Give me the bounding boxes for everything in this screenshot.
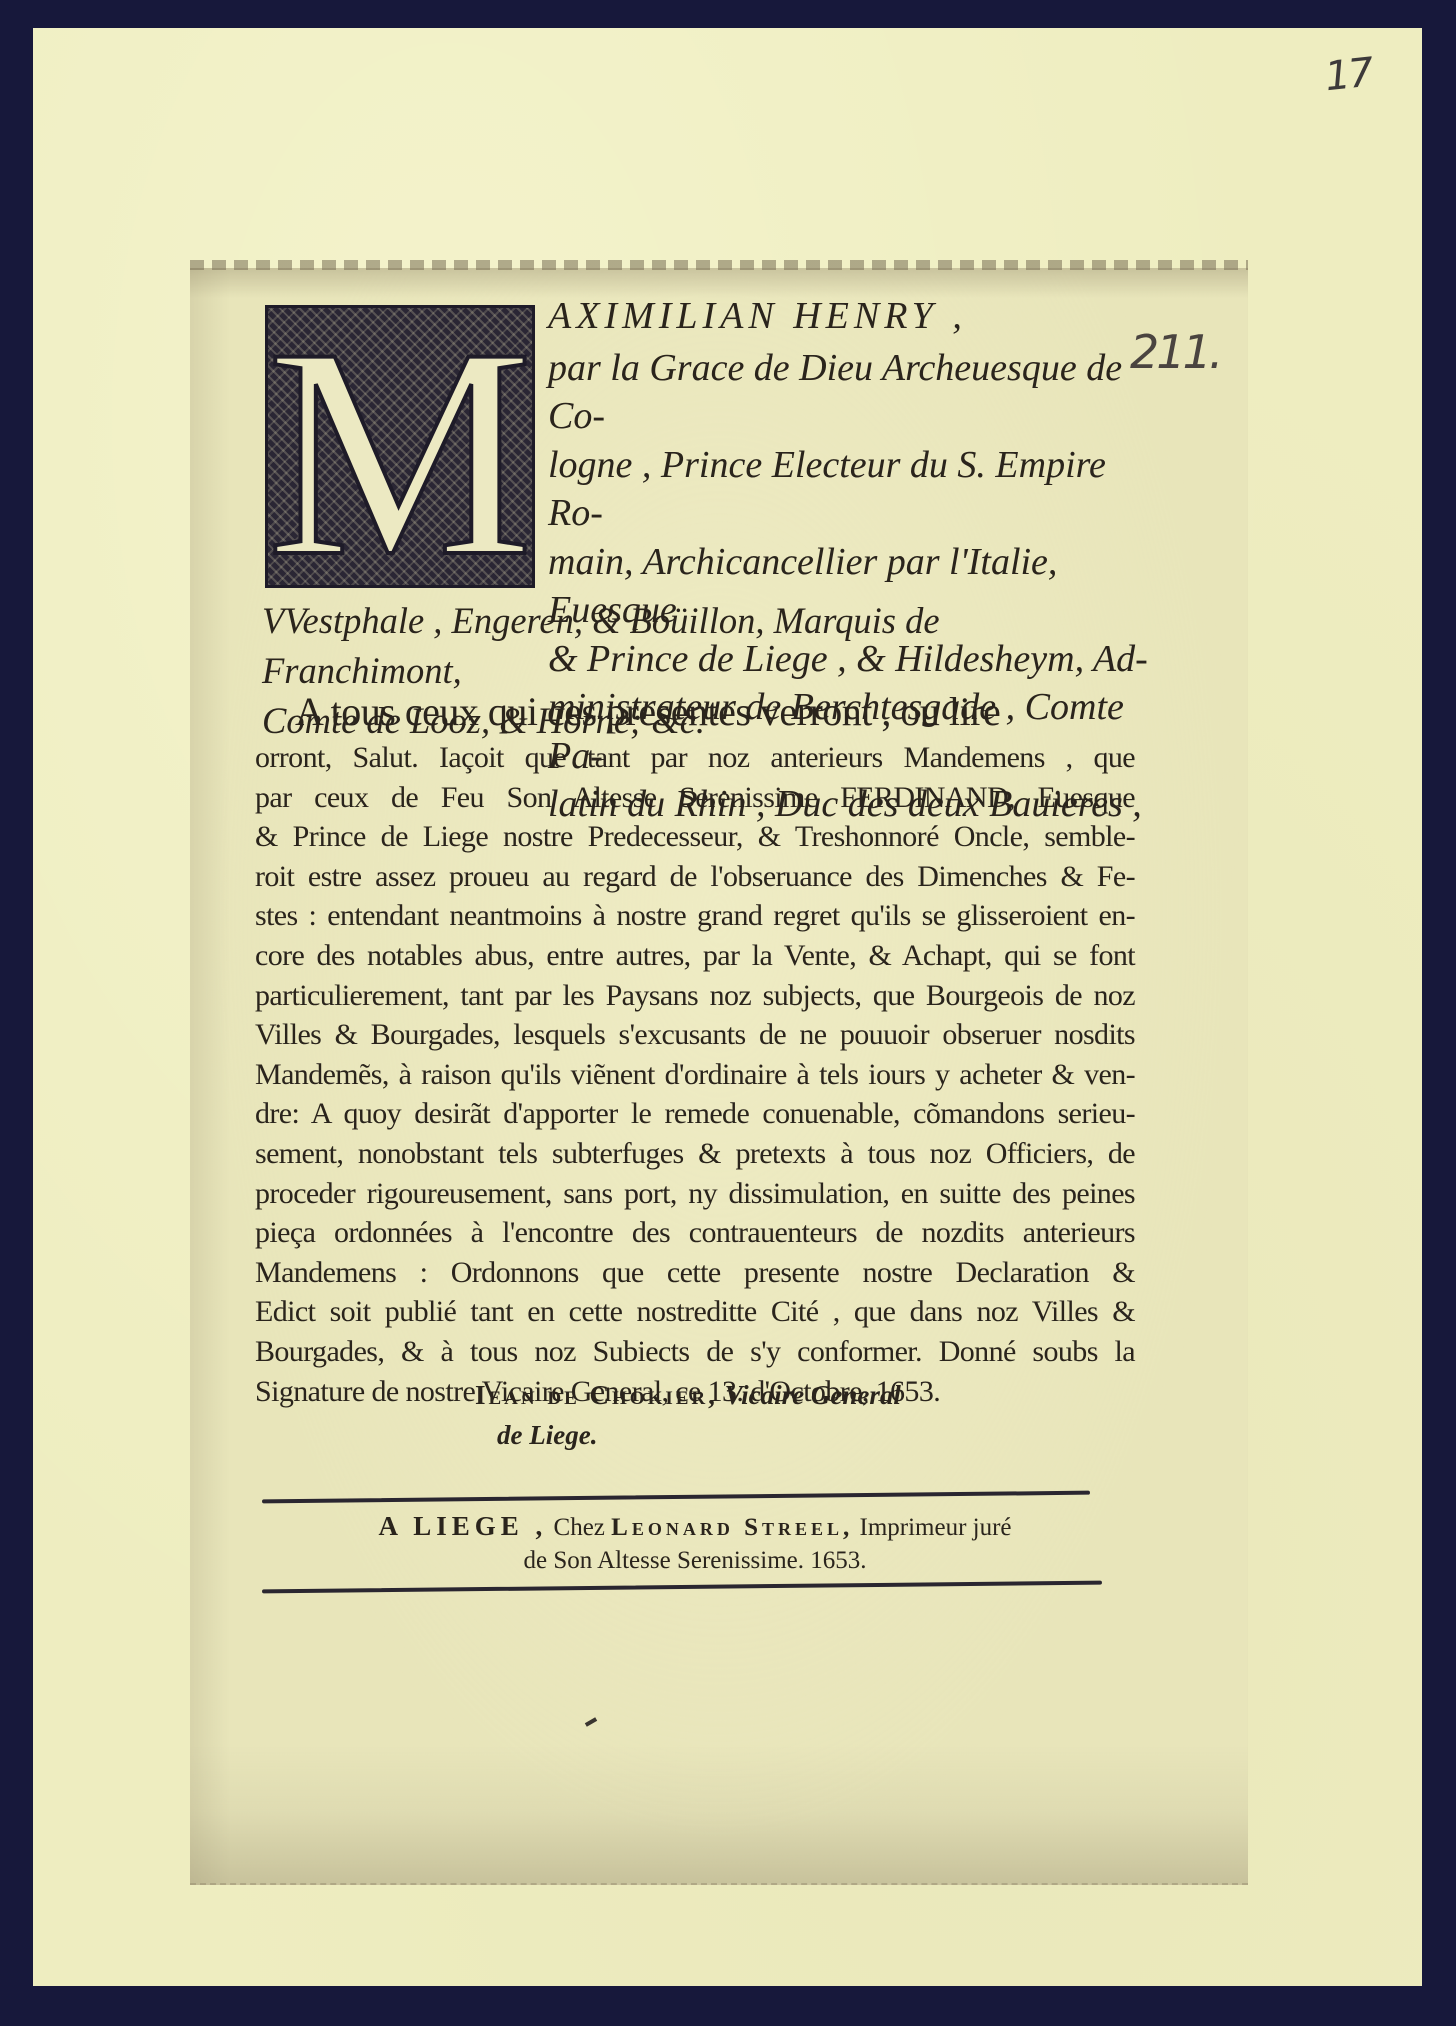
imprint-city: A LIEGE , (378, 1511, 547, 1541)
body-line: stes : entendant neantmoins à nostre gra… (255, 896, 1135, 936)
opening-salutation: A tous ceux qui ces presentes verront , … (295, 688, 1155, 736)
imprint-title: Imprimeur juré (860, 1514, 1012, 1541)
imprint-line2: de Son Altesse Serenissime. 1653. (290, 1544, 1100, 1577)
body-line: dre: A quoy desirãt d'apporter le remede… (255, 1094, 1135, 1134)
title-line: AXIMILIAN HENRY , (548, 292, 1148, 341)
ornamental-drop-cap: M (265, 305, 535, 588)
signatory-name: Iean de Chokier, (475, 1380, 718, 1410)
folio-number: 17 (1323, 50, 1374, 101)
title-line: logne , Prince Electeur du S. Empire Ro- (548, 441, 1148, 538)
body-line: roit estre assez proueu au regard de l'o… (255, 857, 1135, 897)
decree-body: orront, Salut. Iaçoit que tant par noz a… (255, 738, 1135, 1411)
signatory-location: de Liege. (475, 1415, 901, 1455)
body-line: Villes & Bourgades, lesquels s'excusants… (255, 1015, 1135, 1055)
printer-imprint: A LIEGE , Chez Leonard Streel, Imprimeur… (290, 1510, 1100, 1577)
body-line: Mandemens : Ordonnons que cette presente… (255, 1253, 1135, 1293)
drop-cap-letter: M (267, 302, 534, 602)
body-line: proceder rigoureusement, sans port, ny d… (255, 1174, 1135, 1214)
body-line: Bourgades, & à tous noz Subiects de s'y … (255, 1332, 1135, 1372)
signatory-role: Vicaire General (725, 1380, 901, 1410)
title-line: VVestphale , Engeren, & Boüillon, Marqui… (262, 596, 1142, 696)
title-line: par la Grace de Dieu Archeuesque de Co- (548, 344, 1148, 441)
imprint-printer: Leonard Streel, (611, 1514, 853, 1541)
signature-block: Iean de Chokier, Vicaire General de Lieg… (475, 1375, 901, 1455)
body-line: Edict soit publié tant en cette nostredi… (255, 1292, 1135, 1332)
body-line: orront, Salut. Iaçoit que tant par noz a… (255, 738, 1135, 778)
body-line: pieça ordonnées à l'encontre des contrau… (255, 1213, 1135, 1253)
imprint-chez: Chez (554, 1514, 605, 1541)
body-line: Mandemẽs, à raison qu'ils viẽnent d'ordi… (255, 1055, 1135, 1095)
body-line: particulierement, tant par les Paysans n… (255, 976, 1135, 1016)
body-line: sement, nonobstant tels subterfuges & pr… (255, 1134, 1135, 1174)
body-line: & Prince de Liege nostre Predecesseur, &… (255, 817, 1135, 857)
torn-top-edge (190, 260, 1248, 270)
body-line: core des notables abus, entre autres, pa… (255, 936, 1135, 976)
body-line: par ceux de Feu Son Altesse Serenissime … (255, 778, 1135, 818)
